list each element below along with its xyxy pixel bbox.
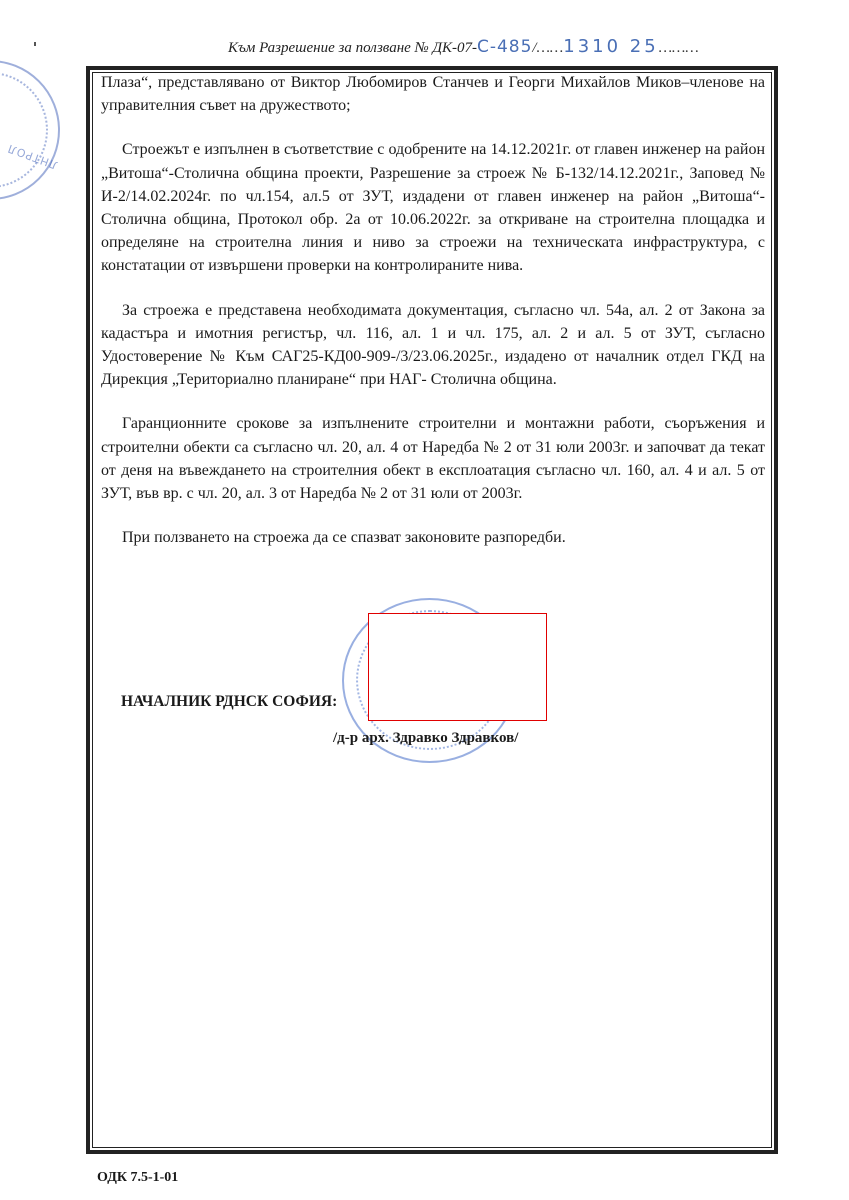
- paragraph-construction-compliance: Строежът е изпълнен в съответствие с одо…: [101, 138, 765, 277]
- permit-reference-line: Към Разрешение за ползване № ДК-07-С-485…: [228, 36, 699, 57]
- scan-speck: [34, 42, 36, 46]
- paragraph-warranty-periods: Гаранционните срокове за изпълнените стр…: [101, 412, 765, 505]
- paragraph-documentation: За строежа е представена необходимата до…: [101, 299, 765, 392]
- form-code: ОДК 7.5-1-01: [97, 1170, 178, 1186]
- handwritten-permit-number: С-485: [477, 37, 532, 57]
- paragraph-usage-regulations: При ползването на строежа да се спазват …: [101, 526, 765, 549]
- document-body: Плаза“, представлявано от Виктор Любомир…: [101, 71, 765, 570]
- paragraph-representatives: Плаза“, представлявано от Виктор Любомир…: [101, 71, 765, 117]
- redacted-signature-box: [368, 613, 547, 721]
- handwritten-date: 1310 25: [563, 36, 658, 57]
- signatory-name: /д-р арх. Здравко Здравков/: [333, 730, 518, 747]
- permit-reference-prefix: Към Разрешение за ползване № ДК-07-: [228, 40, 477, 56]
- dotted-leader: ………: [659, 40, 699, 56]
- dotted-leader: ……: [537, 40, 564, 56]
- signatory-title: НАЧАЛНИК РДНСК СОФИЯ:: [121, 693, 337, 711]
